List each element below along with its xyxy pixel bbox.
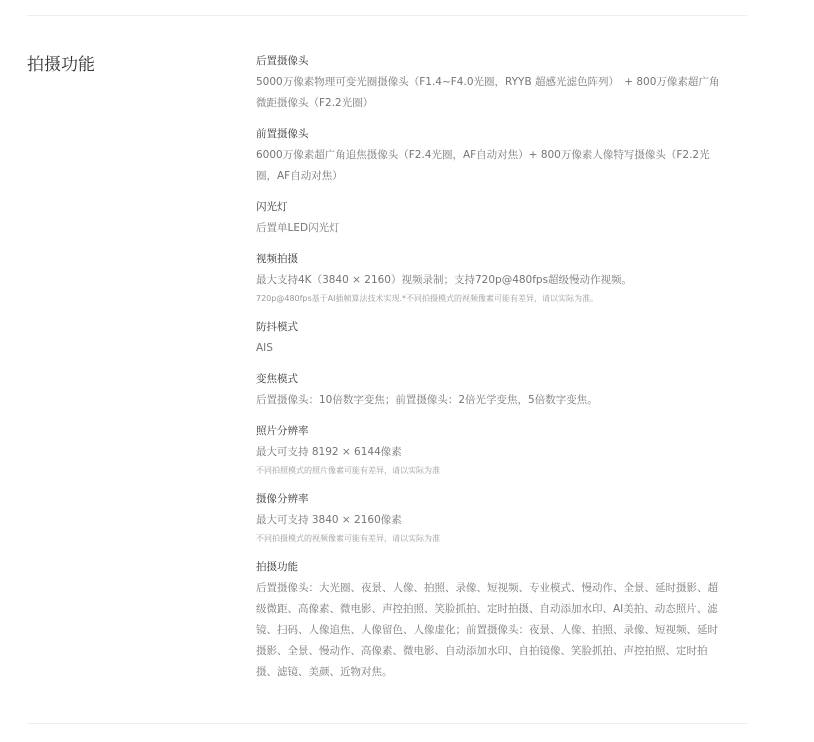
spec-rear-camera: 后置摄像头 5000万像素物理可变光圈摄像头（F1.4~F4.0光圈，RYYB … — [256, 53, 726, 114]
spec-shooting-features: 拍摄功能 后置摄像头：大光圈、夜景、人像、拍照、录像、短视频、专业模式、慢动作、… — [256, 559, 726, 683]
spec-value: 最大支持4K（3840 × 2160）视频录制；支持720p@480fps超级慢… — [256, 270, 726, 291]
bottom-divider — [27, 723, 747, 724]
spec-stabilization: 防抖模式 AIS — [256, 319, 726, 359]
spec-zoom-mode: 变焦模式 后置摄像头：10倍数字变焦；前置摄像头：2倍光学变焦，5倍数字变焦。 — [256, 371, 726, 411]
spec-flash: 闪光灯 后置单LED闪光灯 — [256, 199, 726, 239]
spec-label: 拍摄功能 — [256, 559, 726, 576]
spec-note: 不同拍摄模式的视频像素可能有差异，请以实际为准 — [256, 531, 726, 547]
spec-value: 后置单LED闪光灯 — [256, 218, 726, 239]
spec-label: 前置摄像头 — [256, 126, 726, 143]
spec-value: 6000万像素超广角追焦摄像头（F2.4光圈，AF自动对焦）+ 800万像素人像… — [256, 145, 726, 187]
spec-note: 720p@480fps基于AI插帧算法技术实现.*不同拍摄模式的视频像素可能有差… — [256, 291, 726, 307]
spec-value: 最大可支持 8192 × 6144像素 — [256, 442, 726, 463]
top-divider — [27, 15, 747, 16]
spec-value: AIS — [256, 338, 726, 359]
spec-video-recording: 视频拍摄 最大支持4K（3840 × 2160）视频录制；支持720p@480f… — [256, 251, 726, 307]
spec-label: 摄像分辨率 — [256, 491, 726, 508]
spec-label: 照片分辨率 — [256, 423, 726, 440]
spec-label: 后置摄像头 — [256, 53, 726, 70]
spec-value: 5000万像素物理可变光圈摄像头（F1.4~F4.0光圈，RYYB 超感光滤色阵… — [256, 72, 726, 114]
spec-video-resolution: 摄像分辨率 最大可支持 3840 × 2160像素 不同拍摄模式的视频像素可能有… — [256, 491, 726, 547]
spec-label: 防抖模式 — [256, 319, 726, 336]
spec-label: 变焦模式 — [256, 371, 726, 388]
spec-photo-resolution: 照片分辨率 最大可支持 8192 × 6144像素 不同拍照模式的照片像素可能有… — [256, 423, 726, 479]
spec-value: 后置摄像头：大光圈、夜景、人像、拍照、录像、短视频、专业模式、慢动作、全景、延时… — [256, 578, 726, 683]
spec-front-camera: 前置摄像头 6000万像素超广角追焦摄像头（F2.4光圈，AF自动对焦）+ 80… — [256, 126, 726, 187]
spec-value: 后置摄像头：10倍数字变焦；前置摄像头：2倍光学变焦，5倍数字变焦。 — [256, 390, 726, 411]
spec-label: 闪光灯 — [256, 199, 726, 216]
section-title: 拍摄功能 — [27, 53, 95, 77]
spec-value: 最大可支持 3840 × 2160像素 — [256, 510, 726, 531]
spec-note: 不同拍照模式的照片像素可能有差异，请以实际为准 — [256, 463, 726, 479]
spec-label: 视频拍摄 — [256, 251, 726, 268]
spec-list: 后置摄像头 5000万像素物理可变光圈摄像头（F1.4~F4.0光圈，RYYB … — [256, 53, 726, 695]
